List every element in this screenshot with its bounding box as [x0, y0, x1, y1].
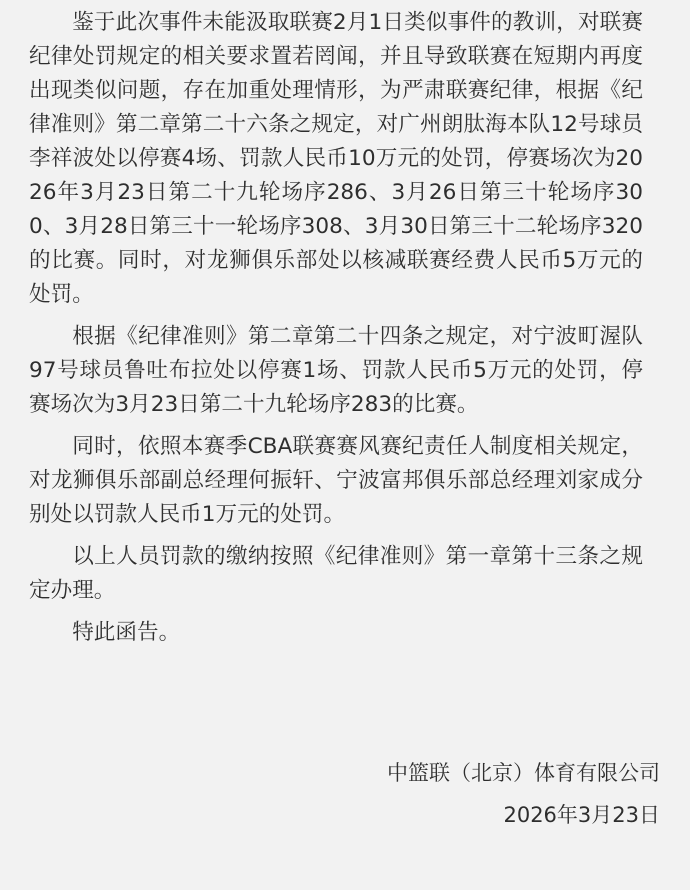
paragraph-fine-payment: 以上人员罚款的缴纳按照《纪律准则》第一章第十三条之规定办理。 [29, 540, 643, 608]
signature-date: 2026年3月23日 [387, 798, 660, 832]
paragraph-penalty-guangzhou: 鉴于此次事件未能汲取联赛2月1日类似事件的教训，对联赛纪律处罚规定的相关要求置若… [29, 6, 643, 312]
paragraph-closing: 特此函告。 [29, 616, 643, 650]
paragraph-penalty-ningbo: 根据《纪律准则》第二章第二十四条之规定，对宁波町渥队97号球员鲁吐布拉处以停赛1… [29, 320, 643, 422]
notice-body: 鉴于此次事件未能汲取联赛2月1日类似事件的教训，对联赛纪律处罚规定的相关要求置若… [29, 6, 643, 658]
paragraph-penalty-executives: 同时，依照本赛季CBA联赛赛风赛纪责任人制度相关规定，对龙狮俱乐部副总经理何振轩… [29, 430, 643, 532]
signature-block: 中篮联（北京）体育有限公司 2026年3月23日 [387, 756, 660, 840]
signature-organization: 中篮联（北京）体育有限公司 [387, 756, 660, 790]
